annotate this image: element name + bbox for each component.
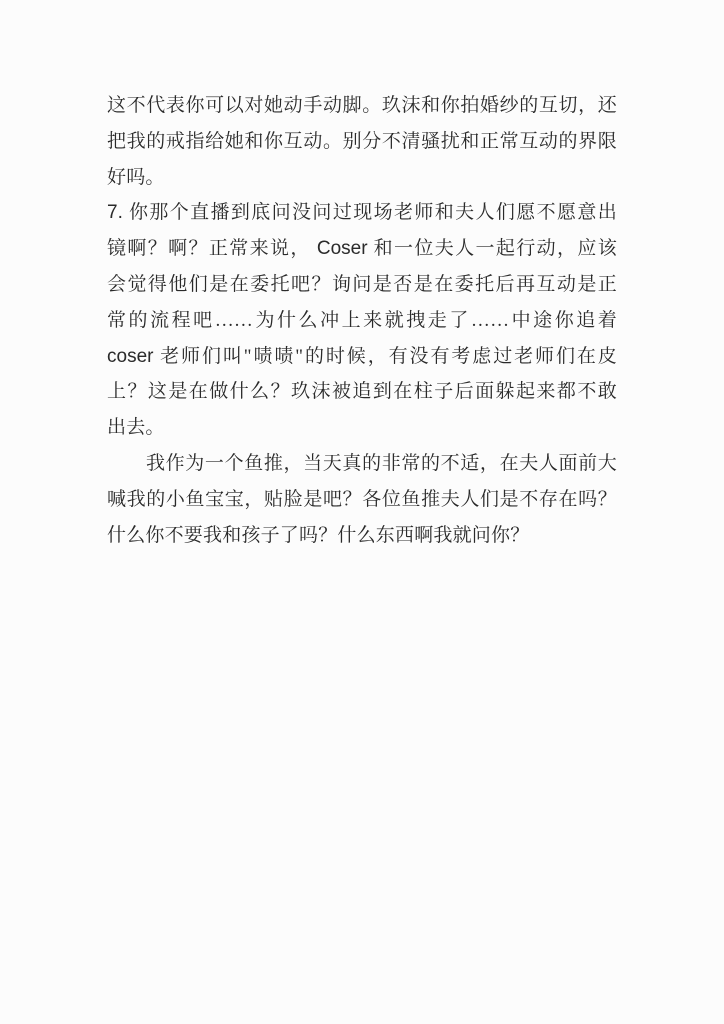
text-line: 喊我的小鱼宝宝，贴脸是吧？各位鱼推夫人们是不存在吗？ <box>107 482 617 518</box>
text-line: 会觉得他们是在委托吧？询问是否是在委托后再互动是正 <box>107 267 617 303</box>
text-line: coser 老师们叫"啧啧"的时候，有没有考虑过老师们在皮 <box>107 339 617 375</box>
text-line: 上？这是在做什么？玖沫被追到在柱子后面躲起来都不敢 <box>107 374 617 410</box>
latin-text: coser <box>107 346 153 367</box>
text-line: 把我的戒指给她和你互动。别分不清骚扰和正常互动的界限 <box>107 124 617 160</box>
text-line: 我作为一个鱼推，当天真的非常的不适，在夫人面前大 <box>107 446 617 482</box>
text-line: 这不代表你可以对她动手动脚。玖沫和你拍婚纱的互切，还 <box>107 88 617 124</box>
latin-text: Coser <box>317 238 368 259</box>
text-line: 常的流程吧……为什么冲上来就拽走了……中途你追着 <box>107 303 617 339</box>
text-line: 7. 你那个直播到底问没问过现场老师和夫人们愿不愿意出 <box>107 195 617 231</box>
document-page: 这不代表你可以对她动手动脚。玖沫和你拍婚纱的互切，还把我的戒指给她和你互动。别分… <box>0 0 724 1024</box>
text-line: 什么你不要我和孩子了吗？什么东西啊我就问你？ <box>107 518 617 554</box>
text-line: 好吗。 <box>107 160 617 196</box>
text-line: 镜啊？啊？正常来说， Coser 和一位夫人一起行动，应该 <box>107 231 617 267</box>
latin-text: 7. <box>107 202 123 223</box>
document-text-block: 这不代表你可以对她动手动脚。玖沫和你拍婚纱的互切，还把我的戒指给她和你互动。别分… <box>107 88 617 553</box>
text-line: 出去。 <box>107 410 617 446</box>
